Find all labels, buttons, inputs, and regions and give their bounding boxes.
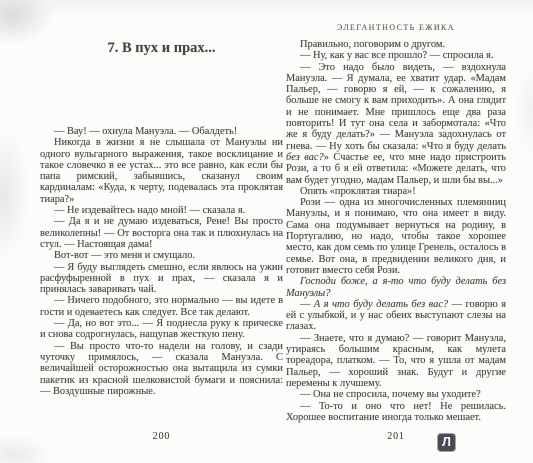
page-number-right: 201 <box>286 431 506 442</box>
paragraph: Рози — одна из многочисленных племянниц … <box>286 197 506 276</box>
paragraph: — А я что буду делать без вас? — говорю … <box>286 299 506 333</box>
paragraph: — Она не спросила, почему вы уходите? <box>286 389 506 400</box>
paragraph: Опять «проклятая тиара»! <box>286 186 506 197</box>
labirint-logo-letter: Л <box>442 435 451 449</box>
page-number-left: 200 <box>40 431 283 442</box>
paragraph: — Не издевайтесь надо мной! — сказала я. <box>40 205 283 216</box>
paragraph: — Да, но вот это... — Я поднесла руку к … <box>40 318 283 341</box>
paragraph: — Это надо было видеть, — вздохнула Ману… <box>286 62 506 186</box>
paragraph: — Да я и не думаю издеваться, Рене! Вы п… <box>40 216 283 250</box>
paragraph: Вот-вот — это меня и смущало. <box>40 250 283 261</box>
running-header: ЭЛЕГАНТНОСТЬ ЕЖИКА <box>286 23 506 32</box>
chapter-title: 7. В пух и прах... <box>40 40 283 57</box>
paragraph: — Ничего подобного, это нормально — вы и… <box>40 295 283 318</box>
paragraph: — Вау! — охнула Мануэла. — Обалдеть! <box>40 126 283 137</box>
paragraph: — Я буду выглядеть смешно, если явлюсь н… <box>40 262 283 296</box>
right-page-text: Правильно, поговорим о другом.— Ну, как … <box>286 39 506 423</box>
labirint-logo-badge: Л <box>437 433 456 452</box>
paragraph: Правильно, поговорим о другом. <box>286 39 506 50</box>
paragraph: — Вы просто что-то надели на голову, и с… <box>40 341 283 397</box>
paragraph: — Знаете, что я думаю? — говорит Мануэла… <box>286 333 506 389</box>
paragraph: — Ну, как у вас все прошло? — спросила я… <box>286 50 506 61</box>
left-page-text: — Вау! — охнула Мануэла. — Обалдеть!Нико… <box>40 126 283 397</box>
paragraph: Никогда в жизни я не слышала от Мануэлы … <box>40 137 283 205</box>
book-spread-photo: 7. В пух и прах... ЭЛЕГАНТНОСТЬ ЕЖИКА — … <box>0 0 533 463</box>
paragraph: — То-то и оно что нет! Не решилась. Хоро… <box>286 401 506 424</box>
paragraph: Господи боже, а я-то что буду делать без… <box>286 276 506 299</box>
